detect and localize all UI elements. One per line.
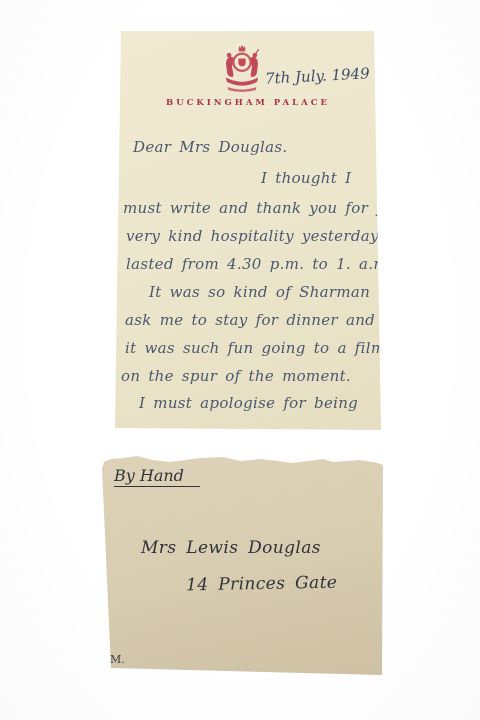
letter-sheet: BUCKINGHAM PALACE 7th July. 1949 Dear Mr…: [115, 31, 381, 430]
envelope-corner-mark: M.: [110, 653, 125, 666]
letter-line: it was such fun going to a film: [125, 339, 385, 357]
letter-line: on the spur of the moment.: [121, 367, 351, 385]
letter-photo: BUCKINGHAM PALACE 7th July. 1949 Dear Mr…: [0, 0, 480, 720]
letter-line: It was so kind of Sharman to: [149, 283, 394, 301]
envelope-sheet: By Hand Mrs Lewis Douglas 14 Princes Gat…: [101, 450, 384, 678]
letterhead-text: BUCKINGHAM PALACE: [115, 98, 381, 108]
letter-line: I must apologise for being: [139, 394, 358, 412]
envelope-address-name: Mrs Lewis Douglas: [141, 538, 321, 558]
letter-line: must write and thank you for your: [123, 199, 412, 217]
letter-line: Dear Mrs Douglas.: [133, 138, 287, 156]
letter-line: ask me to stay for dinner and: [125, 311, 375, 329]
royal-crest-icon: [221, 43, 263, 93]
by-hand-annotation: By Hand: [114, 466, 200, 487]
letter-line: lasted from 4.30 p.m. to 1. a.m.!: [126, 255, 399, 273]
letter-line: I thought I: [261, 169, 351, 187]
letter-date: 7th July. 1949: [265, 64, 370, 87]
envelope-address-street: 14 Princes Gate: [186, 573, 338, 596]
letter-line: very kind hospitality yesterday which: [126, 227, 434, 245]
